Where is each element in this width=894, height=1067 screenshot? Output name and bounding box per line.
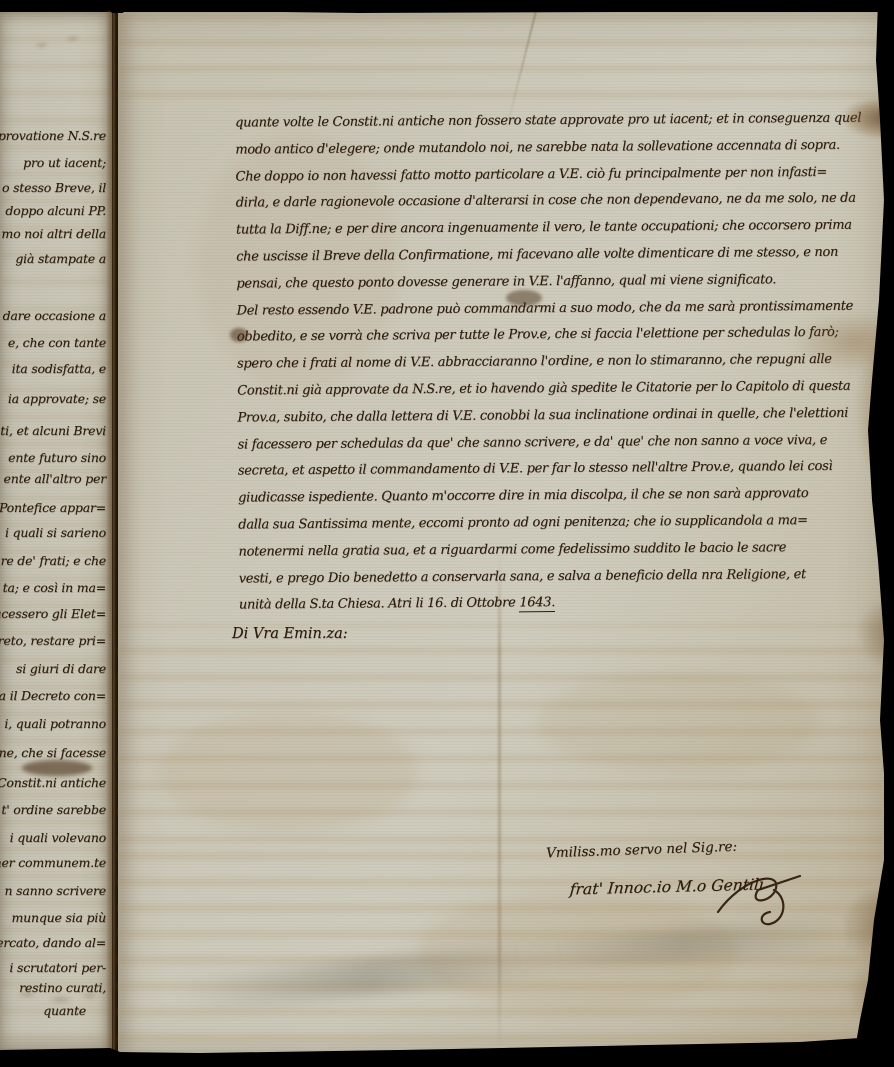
closing-salutation: Di Vra Emin.za: — [232, 626, 348, 642]
show-through-top — [118, 16, 884, 108]
strip-text-line: i quali si sarieno — [5, 525, 106, 540]
strip-text-line: ente all'altro per — [4, 471, 106, 486]
letter-body: quante volte le Constit.ni antiche non f… — [235, 105, 887, 619]
strip-text-line: i, quali potranno — [4, 716, 106, 731]
strip-text-line: doppo alcuni PP. — [5, 203, 106, 218]
strip-text-line: facessero gli Elet= — [0, 606, 106, 621]
strip-text-line: dine, che si facesse — [0, 745, 106, 760]
strip-text-line: si giuri di dare — [16, 661, 106, 676]
strip-text-line: t' ordine sarebbe — [1, 802, 106, 817]
strip-text-line: re de' frati; e che — [1, 553, 106, 568]
strip-text-line: i quali volevano — [10, 830, 106, 845]
strip-text-line: Constit.ni antiche — [0, 775, 106, 790]
strip-text-line: tener communem.te — [0, 855, 106, 870]
strip-text-line: gga il Decreto con= — [0, 688, 106, 703]
letter-line: che uscisse il Breve della Confirmatione… — [236, 239, 884, 271]
signature-line-1: Vmiliss.mo servo nel Sig.re: — [546, 839, 738, 862]
strip-text-line: approvatione N.S.re — [0, 128, 106, 143]
ink-smudge — [22, 760, 92, 776]
strip-text-line: ita sodisfatta, e — [12, 361, 106, 376]
letter-line: dalla sua Santissima mente, eccomi pront… — [238, 507, 886, 539]
letter-page: quante volte le Constit.ni antiche non f… — [118, 12, 884, 1054]
strip-text-line: già stampate a — [15, 251, 106, 266]
paper-mottle — [538, 672, 818, 772]
date-year-underlined: 1643. — [519, 595, 555, 612]
left-page-strip: approvatione N.S.re pro ut iacent; o ste… — [0, 12, 112, 1052]
strip-text-line: reto, restare pri= — [0, 633, 106, 648]
show-through-middle — [118, 624, 884, 854]
strip-text-line: ta; e così in ma= — [3, 580, 106, 595]
strip-text-line: pro ut iacent; — [23, 155, 106, 170]
dateline-text: unità della S.ta Chiesa. Atri li 16. di … — [239, 596, 520, 613]
strip-text-line: n sanno scrivere — [4, 883, 106, 898]
show-through-marks — [23, 26, 96, 60]
manuscript-photo: approvatione N.S.re pro ut iacent; o ste… — [0, 0, 894, 1067]
strip-text-line: restino curati, — [19, 980, 106, 995]
strip-text-line: i scrutatori per- — [9, 960, 106, 975]
strip-text-line: ti, et alcuni Brevi — [0, 423, 106, 438]
strip-catchword: quante — [43, 1003, 86, 1018]
crease-shadow — [177, 940, 558, 1014]
letter-line: vesti, e prego Dio benedetto a conservar… — [239, 561, 887, 593]
strip-text-line: ente futuro sino — [8, 450, 106, 465]
strip-text-line: mo noi altri della — [1, 226, 106, 241]
strip-text-line: ia approvate; se — [8, 391, 106, 406]
strip-text-line: munque sia più — [12, 910, 106, 925]
letter-dateline: unità della S.ta Chiesa. Atri li 16. di … — [239, 588, 887, 620]
strip-text-line: dare occasione a — [3, 308, 106, 323]
strip-text-line: o stesso Breve, il — [2, 180, 106, 195]
strip-text-line: e, che con tante — [8, 335, 106, 350]
strip-text-line: o Pontefice appar= — [0, 500, 106, 515]
signature-flourish — [714, 868, 810, 930]
paper-mottle — [158, 712, 418, 832]
strip-text-line: mercato, dando al= — [0, 935, 106, 950]
